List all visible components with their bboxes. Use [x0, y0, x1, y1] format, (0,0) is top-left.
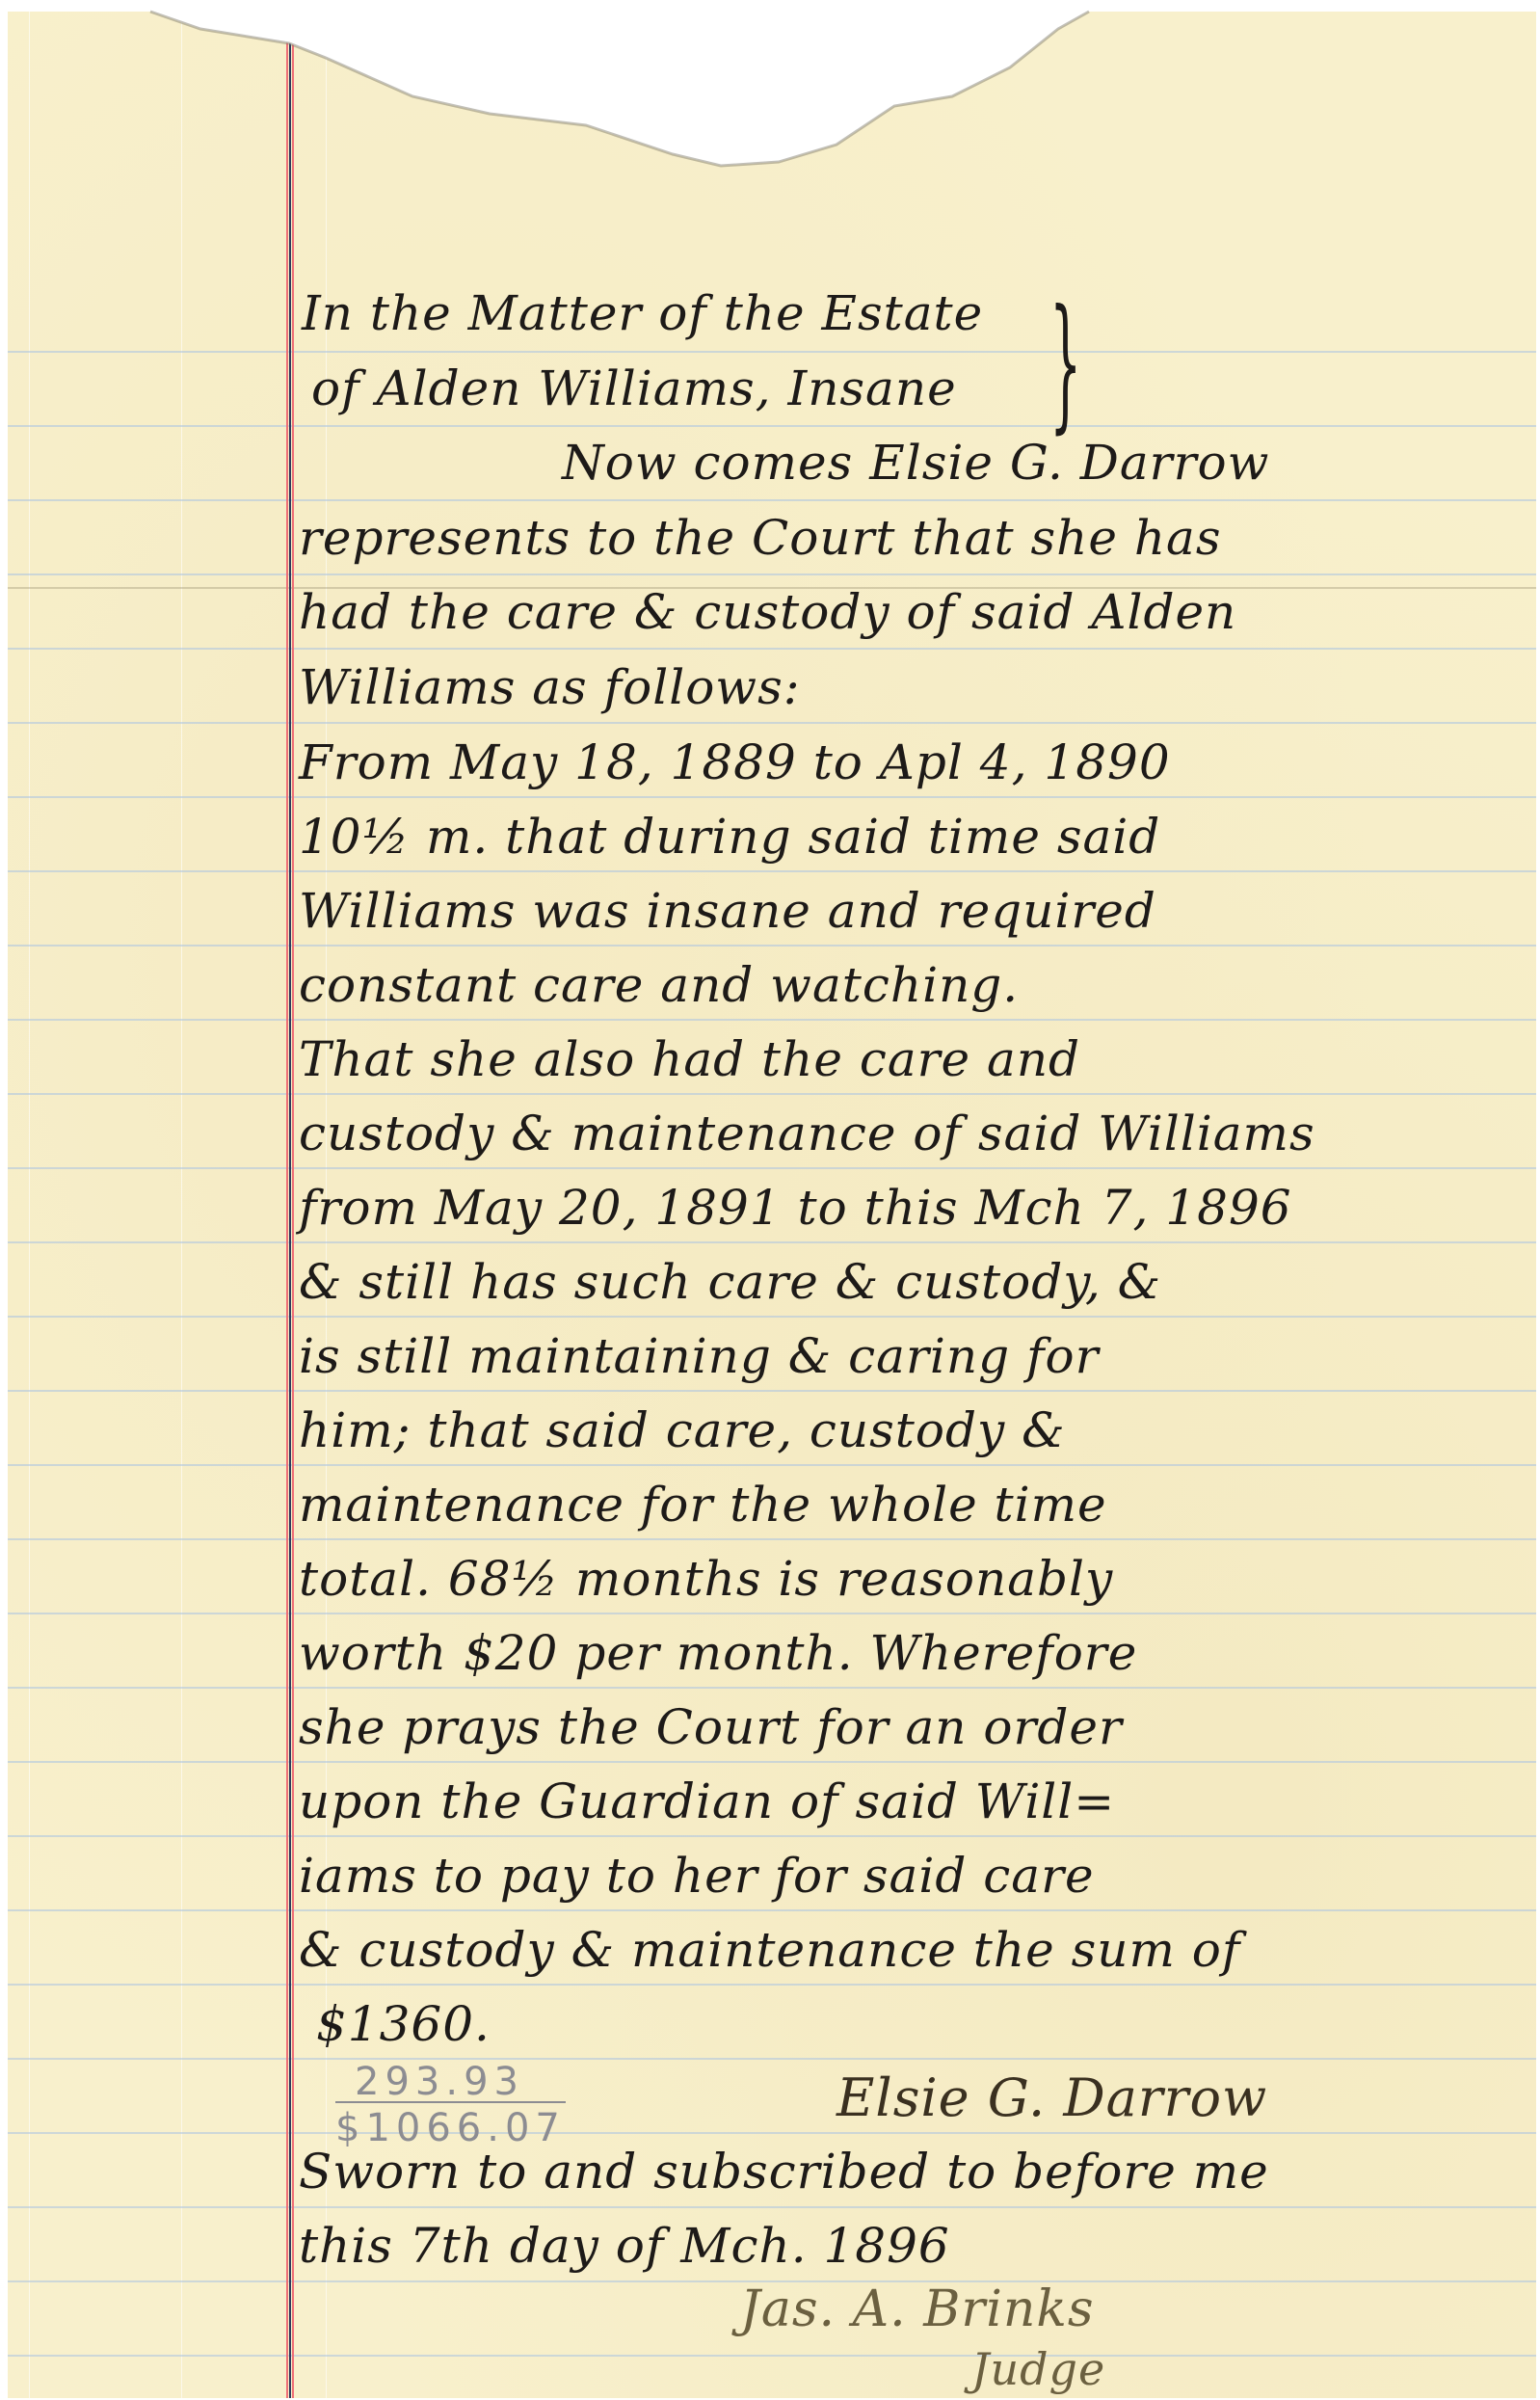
jurat-line-2: this 7th day of Mch. 1896	[299, 2222, 950, 2270]
ruled-line	[8, 2058, 1536, 2060]
ruled-line	[8, 1167, 1536, 1169]
body-line: Williams was insane and required	[299, 887, 1156, 935]
body-line: worth $20 per month. Wherefore	[299, 1629, 1137, 1677]
ruled-line	[8, 1464, 1536, 1466]
body-line: is still maintaining & caring for	[299, 1332, 1100, 1380]
body-line: upon the Guardian of said Will=	[299, 1777, 1115, 1826]
body-line: him; that said care, custody &	[299, 1406, 1066, 1454]
ruled-line	[8, 573, 1536, 575]
caption-line-2: of Alden Williams, Insane	[311, 364, 957, 413]
ruled-line	[8, 796, 1536, 798]
body-line: custody & maintenance of said Williams	[299, 1109, 1315, 1158]
pencil-subtrahend: 293.93	[355, 2063, 524, 2101]
body-line: That she also had the care and	[299, 1035, 1080, 1083]
body-line: represents to the Court that she has	[299, 514, 1222, 562]
ruled-line	[8, 1316, 1536, 1318]
caption-line-1: In the Matter of the Estate	[302, 289, 983, 337]
body-line: & still has such care & custody, &	[299, 1258, 1161, 1306]
ruled-line	[8, 870, 1536, 872]
paper-texture-line	[181, 0, 182, 2398]
ruled-line	[8, 1835, 1536, 1837]
amount-claimed: $1360.	[316, 2000, 491, 2048]
body-line: iams to pay to her for said care	[299, 1852, 1095, 1900]
judge-title: Judge	[971, 2347, 1105, 2391]
ruled-line	[8, 1538, 1536, 1540]
ruled-line	[8, 1984, 1536, 1986]
ruled-line	[8, 1390, 1536, 1392]
body-line: constant care and watching.	[299, 961, 1019, 1009]
body-line: she prays the Court for an order	[299, 1703, 1123, 1751]
ruled-line	[8, 1613, 1536, 1614]
ruled-line	[8, 2132, 1536, 2134]
ruled-line	[8, 1093, 1536, 1095]
ruled-line	[8, 499, 1536, 501]
petitioner-signature: Elsie G. Darrow	[836, 2072, 1267, 2124]
ruled-line	[8, 2206, 1536, 2208]
body-line: 10½ m. that during said time said	[299, 813, 1160, 861]
body-line: Now comes Elsie G. Darrow	[562, 439, 1269, 487]
body-line: & custody & maintenance the sum of	[299, 1926, 1240, 1974]
ruled-line	[8, 351, 1536, 353]
ruled-line	[8, 1241, 1536, 1243]
margin-line-red	[286, 0, 288, 2398]
paper-texture-line	[29, 0, 30, 2398]
ruled-line	[8, 1019, 1536, 1021]
ruled-line	[8, 1687, 1536, 1689]
pencil-result: $1066.07	[335, 2101, 566, 2147]
body-line: From May 18, 1889 to Apl 4, 1890	[299, 738, 1171, 787]
ruled-line	[8, 1909, 1536, 1911]
ruled-line	[8, 648, 1536, 650]
ruled-paper-sheet: In the Matter of the Estate of Alden Wil…	[8, 0, 1536, 2398]
ruled-line	[8, 945, 1536, 947]
ruled-line	[8, 722, 1536, 724]
caption-brace: }	[1049, 291, 1081, 436]
body-line: total. 68½ months is reasonably	[299, 1555, 1113, 1603]
margin-line-blue	[289, 0, 291, 2398]
body-line: from May 20, 1891 to this Mch 7, 1896	[299, 1184, 1292, 1232]
jurat-line-1: Sworn to and subscribed to before me	[299, 2147, 1269, 2196]
body-line: had the care & custody of said Alden	[299, 588, 1236, 636]
ruled-line	[8, 2355, 1536, 2357]
ruled-line	[8, 1761, 1536, 1763]
body-line: Williams as follows:	[299, 663, 801, 711]
ruled-line	[8, 425, 1536, 427]
body-line: maintenance for the whole time	[299, 1480, 1107, 1529]
margin-line-red	[292, 0, 294, 2398]
judge-signature: Jas. A. Brinks	[740, 2284, 1095, 2334]
